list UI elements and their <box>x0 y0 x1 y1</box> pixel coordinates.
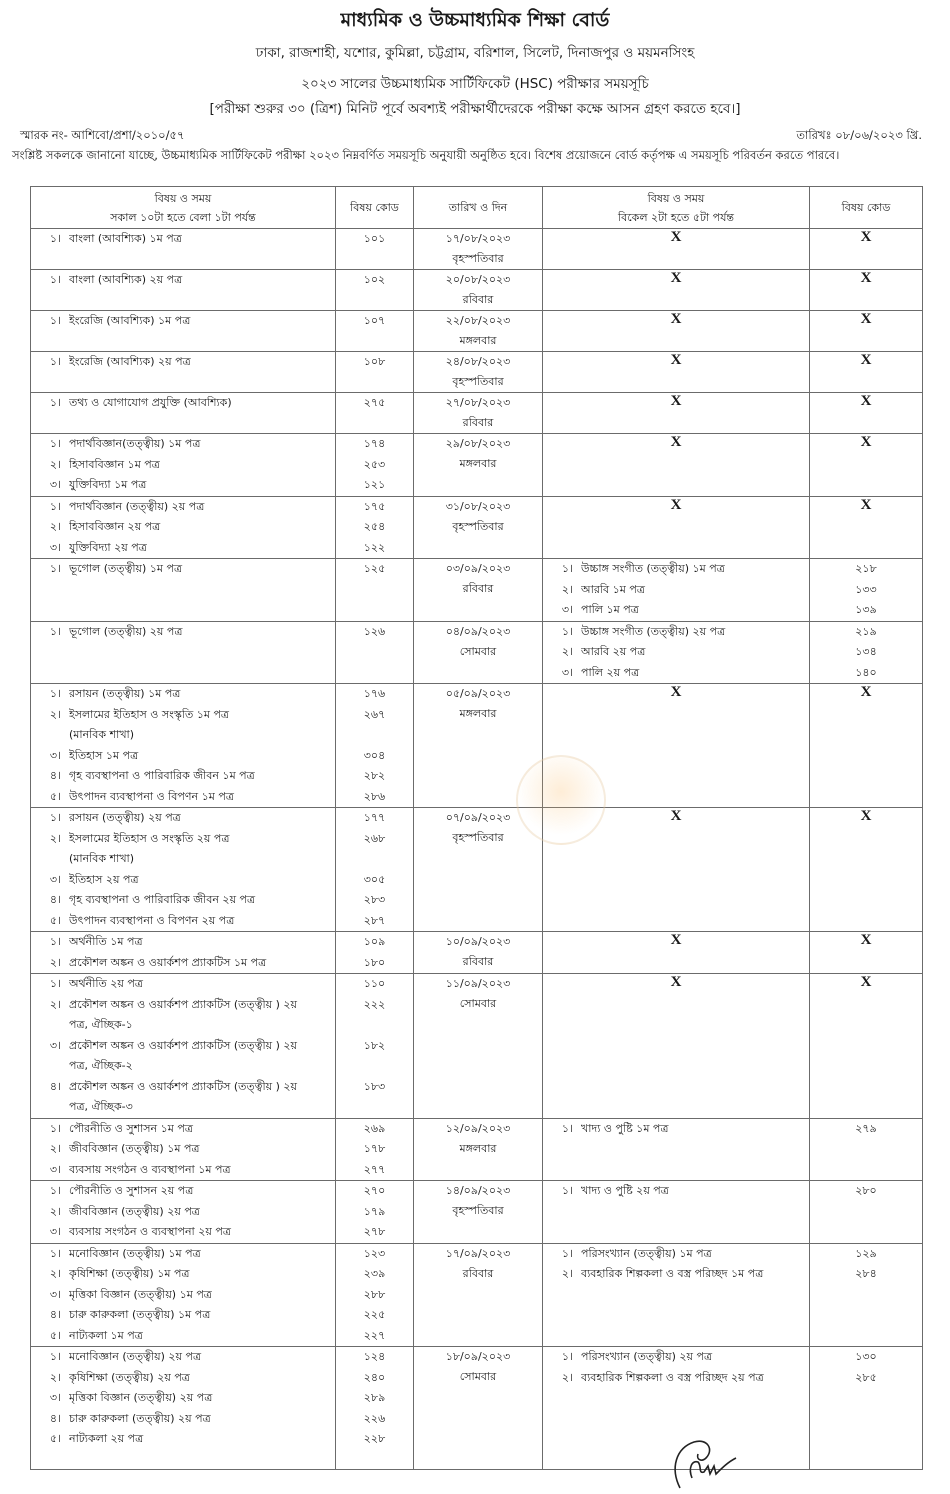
subject-name: কৃষিশিক্ষা (তত্ত্বীয়) ২য় পত্র <box>69 1368 335 1389</box>
morning-code-cell: ১০২ <box>336 270 414 311</box>
subject-name: জীববিজ্ঞান (তত্ত্বীয়) ১ম পত্র <box>69 1139 335 1160</box>
subject-number: ২। <box>543 580 581 601</box>
date-day-cell: ১৭/০৯/২০২৩রবিবার <box>414 1243 543 1347</box>
subject-item: ২।জীববিজ্ঞান (তত্ত্বীয়) ২য় পত্র <box>31 1202 335 1223</box>
subject-code: ২৭৯ <box>810 1119 922 1140</box>
subject-number: ৩। <box>31 1388 69 1409</box>
subject-name: কৃষিশিক্ষা (তত্ত্বীয়) ১ম পত্র <box>69 1264 335 1285</box>
subject-name: পদার্থবিজ্ঞান(তত্ত্বীয়) ১ম পত্র <box>69 434 335 455</box>
header-morning-subject: বিষয় ও সময় সকাল ১০টা হতে বেলা ১টা পর্য… <box>31 187 336 229</box>
afternoon-none-cell: X <box>543 270 810 311</box>
exam-day: রবিবার <box>414 579 542 599</box>
subject-code: ১০১ <box>336 229 413 250</box>
subject-item: ৩।প্রকৌশল অঙ্কন ও ওয়ার্কশপ প্র্যাকটিস (… <box>31 1036 335 1057</box>
subject-item: ৩।ব্যবসায় সংগঠন ও ব্যবস্থাপনা ১ম পত্র <box>31 1160 335 1181</box>
exam-day: বৃহস্পতিবার <box>414 372 542 392</box>
subject-code: ২৭০ <box>336 1181 413 1202</box>
subject-code: ১০৮ <box>336 352 413 373</box>
subject-code: ২৭৫ <box>336 393 413 414</box>
table-row: ১।মনোবিজ্ঞান (তত্ত্বীয়) ২য় পত্র২।কৃষিশ… <box>31 1347 923 1470</box>
subject-name: যুক্তিবিদ্যা ১ম পত্র <box>69 475 335 496</box>
morning-code-cell: ২৭৫ <box>336 393 414 434</box>
subject-name: পত্র, ঐচ্ছিক-২ <box>69 1056 335 1077</box>
afternoon-code-none-cell: X <box>810 229 923 270</box>
subject-number: ৪। <box>31 766 69 787</box>
subject-item: ১।রসায়ন (তত্ত্বীয়) ২য় পত্র <box>31 808 335 829</box>
subject-number: ১। <box>31 311 69 332</box>
subject-code: ২৮৯ <box>336 1388 413 1409</box>
subject-code: ১৩০ <box>810 1347 922 1368</box>
subject-item: ২।আরবি ২য় পত্র <box>543 642 809 663</box>
subject-code: ১২৯ <box>810 1244 922 1265</box>
afternoon-code-cell: ২১৮১৩৩১৩৯ <box>810 559 923 622</box>
subject-name: ইতিহাস ১ম পত্র <box>69 746 335 767</box>
subject-name: উচ্চাঙ্গ সংগীত (তত্ত্বীয়) ২য় পত্র <box>581 622 809 643</box>
table-row: ১।রসায়ন (তত্ত্বীয়) ১ম পত্র২।ইসলামের ইত… <box>31 684 923 808</box>
subject-code: ১৭৫ <box>336 497 413 518</box>
subject-code: ২৭৮ <box>336 1222 413 1243</box>
morning-subject-cell: ১।মনোবিজ্ঞান (তত্ত্বীয়) ২য় পত্র২।কৃষিশ… <box>31 1347 336 1470</box>
subject-name: চারু কারুকলা (তত্ত্বীয়) ২য় পত্র <box>69 1409 335 1430</box>
subject-item: ১।অর্থনীতি ১ম পত্র <box>31 932 335 953</box>
subject-name: রসায়ন (তত্ত্বীয়) ২য় পত্র <box>69 808 335 829</box>
table-row: ১।ভূগোল (তত্ত্বীয়) ১ম পত্র১২৫০৩/০৯/২০২৩… <box>31 559 923 622</box>
header-afternoon-subject: বিষয় ও সময় বিকেল ২টা হতে ৫টা পর্যন্ত <box>543 187 810 229</box>
subject-number: ১। <box>31 434 69 455</box>
morning-subject-cell: ১।ইংরেজি (আবশ্যিক) ২য় পত্র <box>31 352 336 393</box>
afternoon-code-cell: ১২৯২৮৪ <box>810 1243 923 1347</box>
subject-number: ২। <box>31 1368 69 1389</box>
afternoon-none-cell: X <box>543 496 810 559</box>
subject-code: ১৭৬ <box>336 684 413 705</box>
table-row: ১।অর্থনীতি ২য় পত্র২।প্রকৌশল অঙ্কন ও ওয়… <box>31 974 923 1119</box>
subject-name: বাংলা (আবশ্যিক) ১ম পত্র <box>69 229 335 250</box>
subject-code <box>336 1056 413 1077</box>
afternoon-code-none-cell: X <box>810 270 923 311</box>
subject-code <box>336 725 413 746</box>
subject-number <box>31 849 69 870</box>
subject-number <box>31 1015 69 1036</box>
subject-item: ১।পরিসংখ্যান (তত্ত্বীয়) ১ম পত্র <box>543 1244 809 1265</box>
afternoon-none-cell: X <box>543 932 810 974</box>
subject-item: ১।মনোবিজ্ঞান (তত্ত্বীয়) ১ম পত্র <box>31 1244 335 1265</box>
subject-number: ২। <box>31 1202 69 1223</box>
morning-code-cell: ১২৬ <box>336 621 414 684</box>
subject-number: ২। <box>543 1264 581 1285</box>
subject-number: ১। <box>31 1181 69 1202</box>
date-day-cell: ১২/০৯/২০২৩মঙ্গলবার <box>414 1118 543 1181</box>
exam-date: ১১/০৯/২০২৩ <box>414 974 542 994</box>
table-row: ১।পৌরনীতি ও সুশাসন ২য় পত্র২।জীববিজ্ঞান … <box>31 1181 923 1244</box>
subject-name: ইংরেজি (আবশ্যিক) ১ম পত্র <box>69 311 335 332</box>
subject-code: ১৩৪ <box>810 642 922 663</box>
subject-item: ২।হিসাববিজ্ঞান ২য় পত্র <box>31 517 335 538</box>
subject-item: ২।হিসাববিজ্ঞান ১ম পত্র <box>31 455 335 476</box>
subject-name: চারু কারুকলা (তত্ত্বীয়) ১ম পত্র <box>69 1305 335 1326</box>
subject-name: নাট্যকলা ২য় পত্র <box>69 1429 335 1450</box>
subject-number: ১। <box>543 1347 581 1368</box>
subject-item: ৫।উৎপাদন ব্যবস্থাপনা ও বিপণন ২য় পত্র <box>31 911 335 932</box>
subject-code: ২৭৭ <box>336 1160 413 1181</box>
subject-number: ২। <box>31 1139 69 1160</box>
subject-item: ২।আরবি ১ম পত্র <box>543 580 809 601</box>
morning-subject-cell: ১।ভূগোল (তত্ত্বীয়) ১ম পত্র <box>31 559 336 622</box>
date-day-cell: ৩১/০৮/২০২৩বৃহস্পতিবার <box>414 496 543 559</box>
afternoon-code-cell: ২৮০ <box>810 1181 923 1244</box>
subject-number: ১। <box>543 559 581 580</box>
subject-item: ১।উচ্চাঙ্গ সংগীত (তত্ত্বীয়) ১ম পত্র <box>543 559 809 580</box>
subject-code: ২৮৮ <box>336 1285 413 1306</box>
exam-day: মঙ্গলবার <box>414 454 542 474</box>
exam-date: ১৮/০৯/২০২৩ <box>414 1347 542 1367</box>
subject-name: নাট্যকলা ১ম পত্র <box>69 1326 335 1347</box>
subject-name: পত্র, ঐচ্ছিক-৩ <box>69 1097 335 1118</box>
subject-number: ৫। <box>31 787 69 808</box>
subject-item: ৪।চারু কারুকলা (তত্ত্বীয়) ১ম পত্র <box>31 1305 335 1326</box>
subject-item: পত্র, ঐচ্ছিক-২ <box>31 1056 335 1077</box>
exam-day: রবিবার <box>414 413 542 433</box>
subject-item: ৩।ইতিহাস ২য় পত্র <box>31 870 335 891</box>
subject-item: ১।মনোবিজ্ঞান (তত্ত্বীয়) ২য় পত্র <box>31 1347 335 1368</box>
subject-item: ২।প্রকৌশল অঙ্কন ও ওয়ার্কশপ প্র্যাকটিস (… <box>31 995 335 1016</box>
subject-number: ২। <box>31 995 69 1016</box>
subject-number: ১। <box>31 1119 69 1140</box>
subject-number: ৪। <box>31 1305 69 1326</box>
afternoon-none-cell: X <box>543 352 810 393</box>
date-day-cell: ২৪/০৮/২০২৩বৃহস্পতিবার <box>414 352 543 393</box>
issue-date: তারিখঃ ০৮/০৬/২০২৩ খ্রি. <box>796 127 922 146</box>
afternoon-code-none-cell: X <box>810 808 923 932</box>
header-morning-subject-line2: সকাল ১০টা হতে বেলা ১টা পর্যন্ত <box>31 208 335 227</box>
subject-code: ১৩৩ <box>810 580 922 601</box>
subject-item: ৩।মৃত্তিকা বিজ্ঞান (তত্ত্বীয়) ২য় পত্র <box>31 1388 335 1409</box>
subject-name: অর্থনীতি ২য় পত্র <box>69 974 335 995</box>
subject-name: প্রকৌশল অঙ্কন ও ওয়ার্কশপ প্র্যাকটিস ১ম … <box>69 953 335 974</box>
subject-code: ২২৮ <box>336 1429 413 1450</box>
afternoon-code-none-cell: X <box>810 352 923 393</box>
subject-name: খাদ্য ও পুষ্টি ১ম পত্র <box>581 1119 809 1140</box>
subject-name: প্রকৌশল অঙ্কন ও ওয়ার্কশপ প্র্যাকটিস (তত… <box>69 1077 335 1098</box>
subject-name: ইংরেজি (আবশ্যিক) ২য় পত্র <box>69 352 335 373</box>
subject-name: মৃত্তিকা বিজ্ঞান (তত্ত্বীয়) ১ম পত্র <box>69 1285 335 1306</box>
subject-name: জীববিজ্ঞান (তত্ত্বীয়) ২য় পত্র <box>69 1202 335 1223</box>
subject-number: ৩। <box>31 870 69 891</box>
subject-code: ১২৫ <box>336 559 413 580</box>
afternoon-code-cell: ২৭৯ <box>810 1118 923 1181</box>
subject-name: পৌরনীতি ও সুশাসন ১ম পত্র <box>69 1119 335 1140</box>
subject-number: ৩। <box>31 1160 69 1181</box>
exam-day: বৃহস্পতিবার <box>414 517 542 537</box>
subject-name: ব্যবহারিক শিল্পকলা ও বস্ত্র পরিচ্ছদ ২য় … <box>581 1368 809 1389</box>
subject-item: পত্র, ঐচ্ছিক-১ <box>31 1015 335 1036</box>
morning-code-cell: ১৭৭২৬৮৩০৫২৮৩২৮৭ <box>336 808 414 932</box>
exam-date: ০৫/০৯/২০২৩ <box>414 684 542 704</box>
subject-name: পত্র, ঐচ্ছিক-১ <box>69 1015 335 1036</box>
subject-item: ৪।প্রকৌশল অঙ্কন ও ওয়ার্কশপ প্র্যাকটিস (… <box>31 1077 335 1098</box>
exam-day: রবিবার <box>414 1264 542 1284</box>
subject-item: (মানবিক শাখা) <box>31 725 335 746</box>
subject-name: ভূগোল (তত্ত্বীয়) ২য় পত্র <box>69 622 335 643</box>
morning-subject-cell: ১।রসায়ন (তত্ত্বীয়) ২য় পত্র২।ইসলামের ই… <box>31 808 336 932</box>
subject-item: ১।পদার্থবিজ্ঞান(তত্ত্বীয়) ১ম পত্র <box>31 434 335 455</box>
afternoon-none-cell: X <box>543 808 810 932</box>
subject-name: মনোবিজ্ঞান (তত্ত্বীয়) ২য় পত্র <box>69 1347 335 1368</box>
subject-number: ১। <box>31 1244 69 1265</box>
subject-number: ১। <box>31 684 69 705</box>
morning-subject-cell: ১।মনোবিজ্ঞান (তত্ত্বীয়) ১ম পত্র২।কৃষিশি… <box>31 1243 336 1347</box>
afternoon-subject-cell: ১।খাদ্য ও পুষ্টি ১ম পত্র <box>543 1118 810 1181</box>
table-row: ১।পৌরনীতি ও সুশাসন ১ম পত্র২।জীববিজ্ঞান (… <box>31 1118 923 1181</box>
date-day-cell: ১১/০৯/২০২৩সোমবার <box>414 974 543 1119</box>
subject-code: ১০৯ <box>336 932 413 953</box>
subject-number: ২। <box>543 642 581 663</box>
header-afternoon-subject-line1: বিষয় ও সময় <box>543 189 809 208</box>
subject-number: ২। <box>31 829 69 850</box>
subject-item: পত্র, ঐচ্ছিক-৩ <box>31 1097 335 1118</box>
subject-item: ৩।ব্যবসায় সংগঠন ও ব্যবস্থাপনা ২য় পত্র <box>31 1222 335 1243</box>
subject-number: ৪। <box>31 1077 69 1098</box>
exam-date: ১২/০৯/২০২৩ <box>414 1119 542 1139</box>
table-row: ১।পদার্থবিজ্ঞান(তত্ত্বীয়) ১ম পত্র২।হিসা… <box>31 434 923 497</box>
subject-code: ৩০৫ <box>336 870 413 891</box>
subject-name: অর্থনীতি ১ম পত্র <box>69 932 335 953</box>
subject-number <box>31 1056 69 1077</box>
subject-name: হিসাববিজ্ঞান ১ম পত্র <box>69 455 335 476</box>
subject-number: ১। <box>31 393 69 414</box>
subject-item: ১।ইংরেজি (আবশ্যিক) ২য় পত্র <box>31 352 335 373</box>
subject-code: ৩০৪ <box>336 746 413 767</box>
subject-item: ২।ইসলামের ইতিহাস ও সংস্কৃতি ২য় পত্র <box>31 829 335 850</box>
afternoon-code-none-cell: X <box>810 974 923 1119</box>
exam-date: ২৯/০৮/২০২৩ <box>414 434 542 454</box>
subject-item: ৩।মৃত্তিকা বিজ্ঞান (তত্ত্বীয়) ১ম পত্র <box>31 1285 335 1306</box>
subject-number: ৩। <box>31 746 69 767</box>
subject-code: ১২২ <box>336 538 413 559</box>
header-date-day: তারিখ ও দিন <box>414 187 543 229</box>
subject-number: ৩। <box>31 1222 69 1243</box>
subject-number: ১। <box>31 1347 69 1368</box>
morning-code-cell: ১০৮ <box>336 352 414 393</box>
morning-code-cell: ১৭৪২৫৩১২১ <box>336 434 414 497</box>
afternoon-subject-cell: ১।খাদ্য ও পুষ্টি ২য় পত্র <box>543 1181 810 1244</box>
table-header-row: বিষয় ও সময় সকাল ১০টা হতে বেলা ১টা পর্য… <box>31 187 923 229</box>
date-day-cell: ২৯/০৮/২০২৩মঙ্গলবার <box>414 434 543 497</box>
subject-item: ৩।ইতিহাস ১ম পত্র <box>31 746 335 767</box>
subject-number: ১। <box>31 229 69 250</box>
afternoon-code-none-cell: X <box>810 393 923 434</box>
subject-code: ১৮০ <box>336 953 413 974</box>
subject-name: উচ্চাঙ্গ সংগীত (তত্ত্বীয়) ১ম পত্র <box>581 559 809 580</box>
subject-number: ৪। <box>31 1409 69 1430</box>
subject-code: ১৭৯ <box>336 1202 413 1223</box>
subject-number: ২। <box>31 455 69 476</box>
afternoon-code-cell: ১৩০২৮৫ <box>810 1347 923 1470</box>
subject-number: ১। <box>543 1244 581 1265</box>
subject-number: ১। <box>31 808 69 829</box>
subject-code: ১০২ <box>336 270 413 291</box>
subject-number: ৪। <box>31 890 69 911</box>
subject-code <box>336 1097 413 1118</box>
morning-subject-cell: ১।অর্থনীতি ২য় পত্র২।প্রকৌশল অঙ্কন ও ওয়… <box>31 974 336 1119</box>
subject-item: ৪।চারু কারুকলা (তত্ত্বীয়) ২য় পত্র <box>31 1409 335 1430</box>
subject-name: প্রকৌশল অঙ্কন ও ওয়ার্কশপ প্র্যাকটিস (তত… <box>69 995 335 1016</box>
afternoon-code-none-cell: X <box>810 434 923 497</box>
morning-code-cell: ১১০২২২১৮২১৮৩ <box>336 974 414 1119</box>
afternoon-subject-cell: ১।উচ্চাঙ্গ সংগীত (তত্ত্বীয়) ১ম পত্র২।আর… <box>543 559 810 622</box>
exam-day: বৃহস্পতিবার <box>414 249 542 269</box>
subject-code: ১২৬ <box>336 622 413 643</box>
subject-number <box>31 1097 69 1118</box>
subject-name: রসায়ন (তত্ত্বীয়) ১ম পত্র <box>69 684 335 705</box>
afternoon-code-none-cell: X <box>810 684 923 808</box>
exam-day: মঙ্গলবার <box>414 1139 542 1159</box>
table-row: ১।ভূগোল (তত্ত্বীয়) ২য় পত্র১২৬০৪/০৯/২০২… <box>31 621 923 684</box>
subject-item: ৪।গৃহ ব্যবস্থাপনা ও পারিবারিক জীবন ২য় প… <box>31 890 335 911</box>
morning-code-cell: ১৭৬২৬৭৩০৪২৮২২৮৬ <box>336 684 414 808</box>
morning-subject-cell: ১।পৌরনীতি ও সুশাসন ২য় পত্র২।জীববিজ্ঞান … <box>31 1181 336 1244</box>
memo-number: স্মারক নং- আশিবো/প্রশা/২০১০/৫৭ <box>20 127 184 146</box>
subject-number: ৫। <box>31 1429 69 1450</box>
subject-name: যুক্তিবিদ্যা ২য় পত্র <box>69 538 335 559</box>
subject-item: ১।তথ্য ও যোগাযোগ প্রযুক্তি (আবশ্যিক) <box>31 393 335 414</box>
subject-item: ১।রসায়ন (তত্ত্বীয়) ১ম পত্র <box>31 684 335 705</box>
exam-date: ১৭/০৯/২০২৩ <box>414 1244 542 1264</box>
subject-item: ১।বাংলা (আবশ্যিক) ২য় পত্র <box>31 270 335 291</box>
subject-code: ১৭৮ <box>336 1139 413 1160</box>
subject-code: ১২৩ <box>336 1244 413 1265</box>
subject-name: ব্যবসায় সংগঠন ও ব্যবস্থাপনা ১ম পত্র <box>69 1160 335 1181</box>
subject-item: ৫।নাট্যকলা ১ম পত্র <box>31 1326 335 1347</box>
exam-day: সোমবার <box>414 994 542 1014</box>
date-day-cell: ০৩/০৯/২০২৩রবিবার <box>414 559 543 622</box>
header-morning-code: বিষয় কোড <box>336 187 414 229</box>
morning-code-cell: ১২৫ <box>336 559 414 622</box>
subject-item: ২।জীববিজ্ঞান (তত্ত্বীয়) ১ম পত্র <box>31 1139 335 1160</box>
subject-code <box>336 849 413 870</box>
subject-name: খাদ্য ও পুষ্টি ২য় পত্র <box>581 1181 809 1202</box>
subject-item: ১।পদার্থবিজ্ঞান (তত্ত্বীয়) ২য় পত্র <box>31 497 335 518</box>
header-afternoon-subject-line2: বিকেল ২টা হতে ৫টা পর্যন্ত <box>543 208 809 227</box>
subject-code: ২৮৩ <box>336 890 413 911</box>
subject-code: ২৮০ <box>810 1181 922 1202</box>
date-day-cell: ১০/০৯/২০২৩রবিবার <box>414 932 543 974</box>
morning-subject-cell: ১।ভূগোল (তত্ত্বীয়) ২য় পত্র <box>31 621 336 684</box>
subject-name: (মানবিক শাখা) <box>69 725 335 746</box>
subject-name: হিসাববিজ্ঞান ২য় পত্র <box>69 517 335 538</box>
subject-name: ইসলামের ইতিহাস ও সংস্কৃতি ২য় পত্র <box>69 829 335 850</box>
subject-name: আরবি ১ম পত্র <box>581 580 809 601</box>
subject-code: ১১০ <box>336 974 413 995</box>
exam-date: ২০/০৮/২০২৩ <box>414 270 542 290</box>
subject-name: গৃহ ব্যবস্থাপনা ও পারিবারিক জীবন ১ম পত্র <box>69 766 335 787</box>
subject-number: ১। <box>31 270 69 291</box>
subject-code: ২৫৪ <box>336 517 413 538</box>
subject-item: (মানবিক শাখা) <box>31 849 335 870</box>
subject-number: ১। <box>543 622 581 643</box>
subject-item: ১।বাংলা (আবশ্যিক) ১ম পত্র <box>31 229 335 250</box>
table-row: ১।মনোবিজ্ঞান (তত্ত্বীয়) ১ম পত্র২।কৃষিশি… <box>31 1243 923 1347</box>
subject-number <box>31 725 69 746</box>
table-row: ১।তথ্য ও যোগাযোগ প্রযুক্তি (আবশ্যিক)২৭৫২… <box>31 393 923 434</box>
schedule-title: ২০২৩ সালের উচ্চমাধ্যমিক সার্টিফিকেট (HSC… <box>0 73 950 96</box>
subject-name: প্রকৌশল অঙ্কন ও ওয়ার্কশপ প্র্যাকটিস (তত… <box>69 1036 335 1057</box>
header-morning-subject-line1: বিষয় ও সময় <box>31 189 335 208</box>
table-row: ১।পদার্থবিজ্ঞান (তত্ত্বীয়) ২য় পত্র২।হি… <box>31 496 923 559</box>
subject-code: ১৪০ <box>810 663 922 684</box>
subject-name: পৌরনীতি ও সুশাসন ২য় পত্র <box>69 1181 335 1202</box>
subject-number: ১। <box>31 559 69 580</box>
subject-name: উৎপাদন ব্যবস্থাপনা ও বিপণন ২য় পত্র <box>69 911 335 932</box>
subject-item: ১।খাদ্য ও পুষ্টি ১ম পত্র <box>543 1119 809 1140</box>
subject-code: ২৪০ <box>336 1368 413 1389</box>
subject-item: ৩।যুক্তিবিদ্যা ২য় পত্র <box>31 538 335 559</box>
subject-name: ভূগোল (তত্ত্বীয়) ১ম পত্র <box>69 559 335 580</box>
morning-subject-cell: ১।অর্থনীতি ১ম পত্র২।প্রকৌশল অঙ্কন ও ওয়া… <box>31 932 336 974</box>
morning-subject-cell: ১।পদার্থবিজ্ঞান(তত্ত্বীয়) ১ম পত্র২।হিসা… <box>31 434 336 497</box>
subject-name: উৎপাদন ব্যবস্থাপনা ও বিপণন ১ম পত্র <box>69 787 335 808</box>
afternoon-none-cell: X <box>543 229 810 270</box>
afternoon-none-cell: X <box>543 684 810 808</box>
subject-code: ১২১ <box>336 475 413 496</box>
subject-number: ১। <box>31 497 69 518</box>
subject-name: বাংলা (আবশ্যিক) ২য় পত্র <box>69 270 335 291</box>
table-row: ১।রসায়ন (তত্ত্বীয়) ২য় পত্র২।ইসলামের ই… <box>31 808 923 932</box>
subject-number: ২। <box>31 517 69 538</box>
subject-code: ২৫৩ <box>336 455 413 476</box>
subject-number: ৫। <box>31 1326 69 1347</box>
subject-code: ২১৯ <box>810 622 922 643</box>
exam-date: ১৪/০৯/২০২৩ <box>414 1181 542 1201</box>
subject-name: পালি ১ম পত্র <box>581 600 809 621</box>
morning-subject-cell: ১।রসায়ন (তত্ত্বীয়) ১ম পত্র২।ইসলামের ইত… <box>31 684 336 808</box>
date-day-cell: ০৪/০৯/২০২৩সোমবার <box>414 621 543 684</box>
subject-number: ১। <box>543 1119 581 1140</box>
afternoon-code-none-cell: X <box>810 311 923 352</box>
table-row: ১।বাংলা (আবশ্যিক) ১ম পত্র১০১১৭/০৮/২০২৩বৃ… <box>31 229 923 270</box>
exam-day: মঙ্গলবার <box>414 331 542 351</box>
subject-item: ২।ব্যবহারিক শিল্পকলা ও বস্ত্র পরিচ্ছদ ১ম… <box>543 1264 809 1285</box>
subject-item: ১।পরিসংখ্যান (তত্ত্বীয়) ২য় পত্র <box>543 1347 809 1368</box>
subject-item: ১।উচ্চাঙ্গ সংগীত (তত্ত্বীয়) ২য় পত্র <box>543 622 809 643</box>
subject-code: ১৭৪ <box>336 434 413 455</box>
subject-item: ৫।উৎপাদন ব্যবস্থাপনা ও বিপণন ১ম পত্র <box>31 787 335 808</box>
header-afternoon-code: বিষয় কোড <box>810 187 923 229</box>
subject-item: ১।ভূগোল (তত্ত্বীয়) ১ম পত্র <box>31 559 335 580</box>
afternoon-code-none-cell: X <box>810 932 923 974</box>
subject-name: আরবি ২য় পত্র <box>581 642 809 663</box>
exam-day: রবিবার <box>414 290 542 310</box>
subject-code: ১০৭ <box>336 311 413 332</box>
exam-day: রবিবার <box>414 952 542 972</box>
exam-date: ১০/০৯/২০২৩ <box>414 932 542 952</box>
afternoon-code-cell: ২১৯১৩৪১৪০ <box>810 621 923 684</box>
intro-paragraph: সংশ্লিষ্ট সকলকে জানানো যাচ্ছে, উচ্চমাধ্য… <box>12 146 937 165</box>
table-row: ১।বাংলা (আবশ্যিক) ২য় পত্র১০২২০/০৮/২০২৩র… <box>31 270 923 311</box>
afternoon-none-cell: X <box>543 974 810 1119</box>
subject-code <box>336 1015 413 1036</box>
subject-number: ২। <box>31 953 69 974</box>
subject-number: ২। <box>31 705 69 726</box>
subject-name: পরিসংখ্যান (তত্ত্বীয়) ২য় পত্র <box>581 1347 809 1368</box>
subject-number: ১। <box>31 622 69 643</box>
subject-item: ২।ইসলামের ইতিহাস ও সংস্কৃতি ১ম পত্র <box>31 705 335 726</box>
subject-name: পদার্থবিজ্ঞান (তত্ত্বীয়) ২য় পত্র <box>69 497 335 518</box>
subject-item: ২।কৃষিশিক্ষা (তত্ত্বীয়) ২য় পত্র <box>31 1368 335 1389</box>
subject-code: ১৩৯ <box>810 600 922 621</box>
morning-code-cell: ১০১ <box>336 229 414 270</box>
subject-number: ১। <box>31 932 69 953</box>
morning-code-cell: ১২৪২৪০২৮৯২২৬২২৮ <box>336 1347 414 1470</box>
